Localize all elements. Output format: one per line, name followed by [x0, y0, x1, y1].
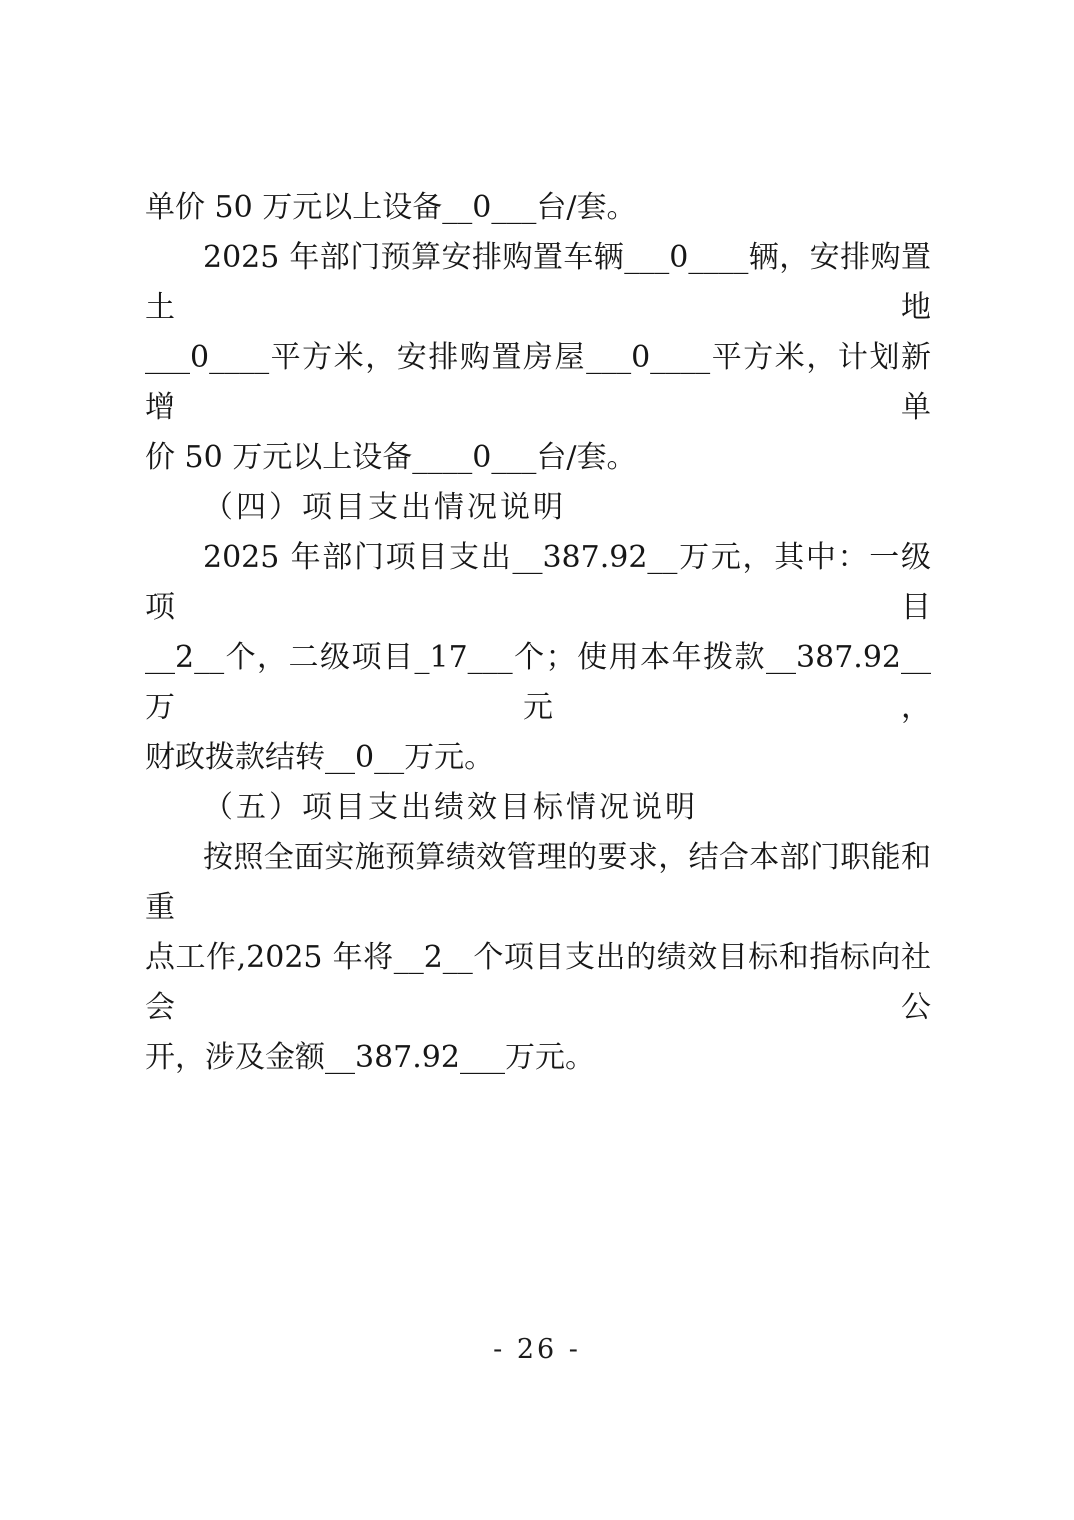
text-line: ___0____平方米，安排购置房屋___0____平方米，计划新增单	[145, 333, 931, 433]
text-line: 财政拨款结转__0__万元。	[145, 733, 931, 783]
page-number: - 26 -	[493, 1334, 581, 1365]
text-line: 开，涉及金额__387.92___万元。	[145, 1033, 931, 1083]
text-line: 价 50 万元以上设备____0___台/套。	[145, 433, 931, 483]
text-line: 2025 年部门预算安排购置车辆___0____辆，安排购置土地	[145, 233, 931, 333]
text-line: 点工作,2025 年将__2__个项目支出的绩效目标和指标向社会公	[145, 933, 931, 1033]
text-line: 2025 年部门项目支出__387.92__万元，其中：一级项目	[145, 533, 931, 633]
text-line: 按照全面实施预算绩效管理的要求，结合本部门职能和重	[145, 833, 931, 933]
document-page: 单价 50 万元以上设备__0___台/套。2025 年部门预算安排购置车辆__…	[0, 0, 1074, 1520]
text-line: __2__个，二级项目_17___个；使用本年拨款__387.92__万元，	[145, 633, 931, 733]
section-heading: （四）项目支出情况说明	[145, 483, 931, 533]
section-heading: （五）项目支出绩效目标情况说明	[145, 783, 931, 833]
text-line: 单价 50 万元以上设备__0___台/套。	[145, 183, 931, 233]
page-footer: - 26 -	[0, 1334, 1074, 1366]
document-body: 单价 50 万元以上设备__0___台/套。2025 年部门预算安排购置车辆__…	[145, 183, 931, 1083]
